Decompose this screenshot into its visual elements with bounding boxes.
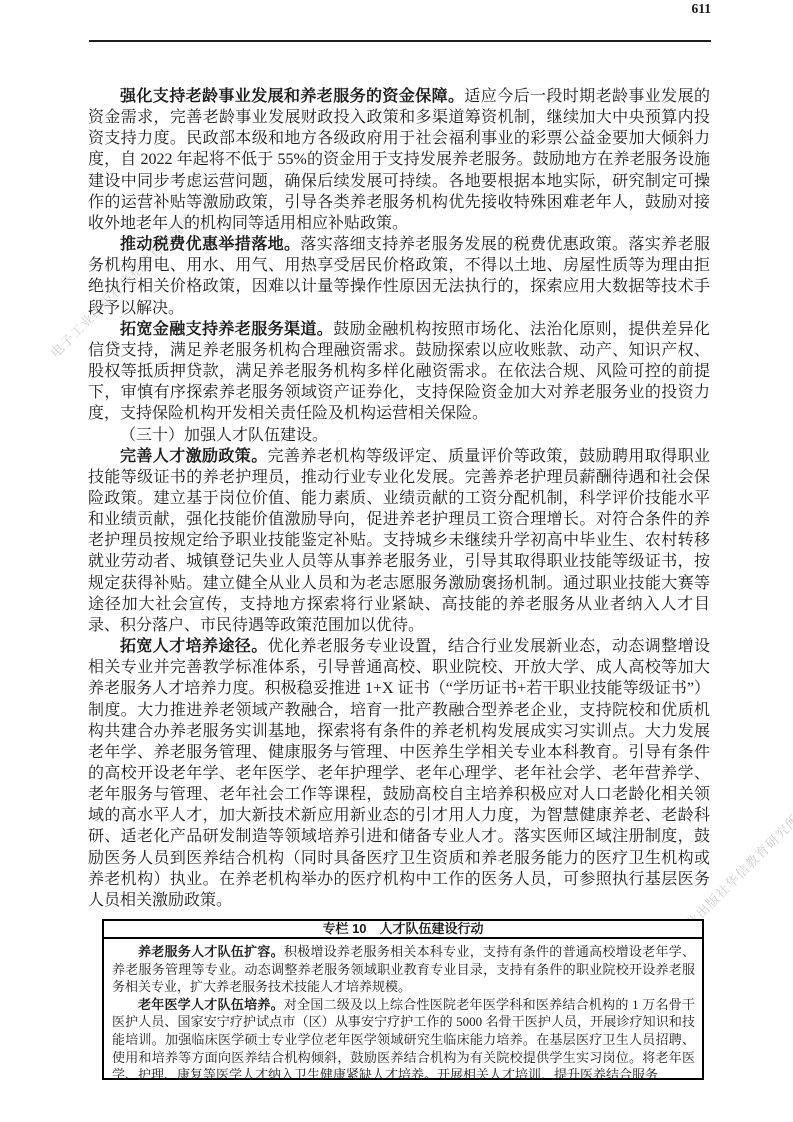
paragraph-talent-incentive: 完善人才激励政策。完善养老机构等级评定、质量评价等政策，鼓励聘用取得职业技能等级…: [88, 446, 710, 636]
page-number: 611: [691, 1, 711, 17]
box-paragraph-workforce-expansion: 养老服务人才队伍扩容。积极增设养老服务相关本科专业，支持有条件的普通高校增设老年…: [112, 943, 695, 996]
column-box-body: 养老服务人才队伍扩容。积极增设养老服务相关本科专业，支持有条件的普通高校增设老年…: [104, 939, 702, 1080]
paragraph-text: 优化养老服务专业设置，结合行业发展新业态，动态调整增设相关专业并完善教学标准体系…: [88, 638, 710, 909]
document-body: 强化支持老龄事业发展和养老服务的资金保障。适应今后一段时期老龄事业发展的资金需求…: [88, 86, 710, 1080]
paragraph-lead: 养老服务人才队伍扩容。: [138, 944, 284, 959]
paragraph-lead: 强化支持老龄事业发展和养老服务的资金保障。: [120, 88, 464, 105]
column-box-title: 专栏 10 人才队伍建设行动: [104, 921, 702, 939]
column-box: 专栏 10 人才队伍建设行动 养老服务人才队伍扩容。积极增设养老服务相关本科专业…: [102, 919, 704, 1080]
paragraph-lead: 拓宽人才培养途径。: [120, 638, 268, 655]
paragraph-financial-support: 拓宽金融支持养老服务渠道。鼓励金融机构按照市场化、法治化原则，提供差异化信贷支持…: [88, 319, 710, 425]
header-rule: [89, 40, 711, 42]
paragraph-funding-guarantee: 强化支持老龄事业发展和养老服务的资金保障。适应今后一段时期老龄事业发展的资金需求…: [88, 86, 710, 234]
section-heading: （三十）加强人才队伍建设。: [88, 425, 710, 446]
paragraph-text: 完善养老机构等级评定、质量评价等政策，鼓励聘用取得职业技能等级证书的养老护理员，…: [88, 448, 710, 634]
paragraph-tax-incentives: 推动税费优惠举措落地。落实落细支持养老服务发展的税费优惠政策。落实养老服务机构用…: [88, 234, 710, 319]
paragraph-text: 适应今后一段时期老龄事业发展的资金需求，完善老龄事业发展财政投入政策和多渠道筹资…: [88, 88, 710, 232]
paragraph-lead: 老年医学人才队伍培养。: [138, 997, 284, 1012]
paragraph-talent-cultivation: 拓宽人才培养途径。优化养老服务专业设置，结合行业发展新业态，动态调整增设相关专业…: [88, 636, 710, 911]
paragraph-lead: 推动税费优惠举措落地。: [120, 236, 300, 253]
paragraph-lead: 完善人才激励政策。: [120, 448, 268, 465]
box-paragraph-geriatric-medical-talent: 老年医学人才队伍培养。对全国二级及以上综合性医院老年医学科和医养结合机构的 1 …: [112, 996, 695, 1080]
paragraph-lead: 拓宽金融支持养老服务渠道。: [120, 321, 333, 338]
